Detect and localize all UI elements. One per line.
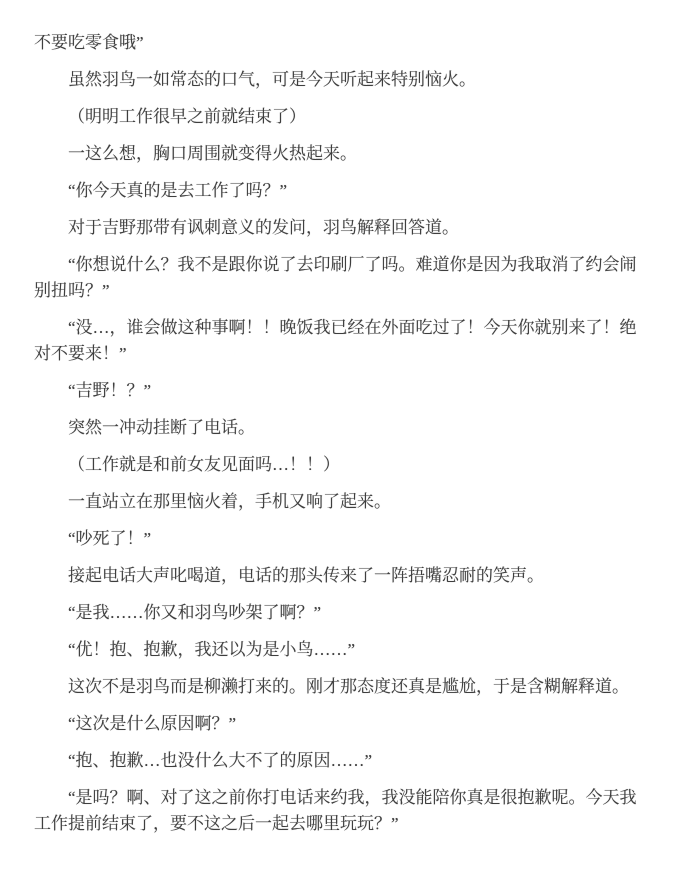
paragraph: “你想说什么？我不是跟你说了去印刷厂了吗。难道你是因为我取消了约会闹别扭吗？”	[34, 252, 646, 304]
paragraph: （工作就是和前女友见面吗…！！）	[34, 452, 646, 478]
paragraph: （明明工作很早之前就结束了）	[34, 104, 646, 130]
paragraph: 接起电话大声叱喝道，电话的那头传来了一阵捂嘴忍耐的笑声。	[34, 563, 646, 589]
paragraph: “没…，谁会做这种事啊！！晚饭我已经在外面吃过了！今天你就别来了！绝对不要来！”	[34, 315, 646, 367]
paragraph: 这次不是羽鸟而是柳濑打来的。刚才那态度还真是尴尬，于是含糊解释道。	[34, 674, 646, 700]
document-page: 不要吃零食哦”虽然羽鸟一如常态的口气，可是今天听起来特别恼火。（明明工作很早之前…	[0, 0, 680, 880]
paragraph: 虽然羽鸟一如常态的口气，可是今天听起来特别恼火。	[34, 67, 646, 93]
page-body: 不要吃零食哦”虽然羽鸟一如常态的口气，可是今天听起来特别恼火。（明明工作很早之前…	[34, 30, 646, 837]
paragraph: 一直站立在那里恼火着，手机又响了起来。	[34, 489, 646, 515]
paragraph: 不要吃零食哦”	[34, 30, 646, 56]
paragraph: “你今天真的是去工作了吗？”	[34, 178, 646, 204]
paragraph: “是我……你又和羽鸟吵架了啊？”	[34, 600, 646, 626]
paragraph: “优！抱、抱歉，我还以为是小鸟……”	[34, 637, 646, 663]
paragraph: “吉野！？”	[34, 378, 646, 404]
paragraph: 突然一冲动挂断了电话。	[34, 415, 646, 441]
paragraph: “抱、抱歉…也没什么大不了的原因……”	[34, 748, 646, 774]
paragraph: 对于吉野那带有讽刺意义的发问，羽鸟解释回答道。	[34, 215, 646, 241]
paragraph: “是吗？啊、对了这之前你打电话来约我，我没能陪你真是很抱歉呢。今天我工作提前结束…	[34, 785, 646, 837]
paragraph: 一这么想，胸口周围就变得火热起来。	[34, 141, 646, 167]
paragraph: “这次是什么原因啊？”	[34, 711, 646, 737]
paragraph: “吵死了！”	[34, 526, 646, 552]
